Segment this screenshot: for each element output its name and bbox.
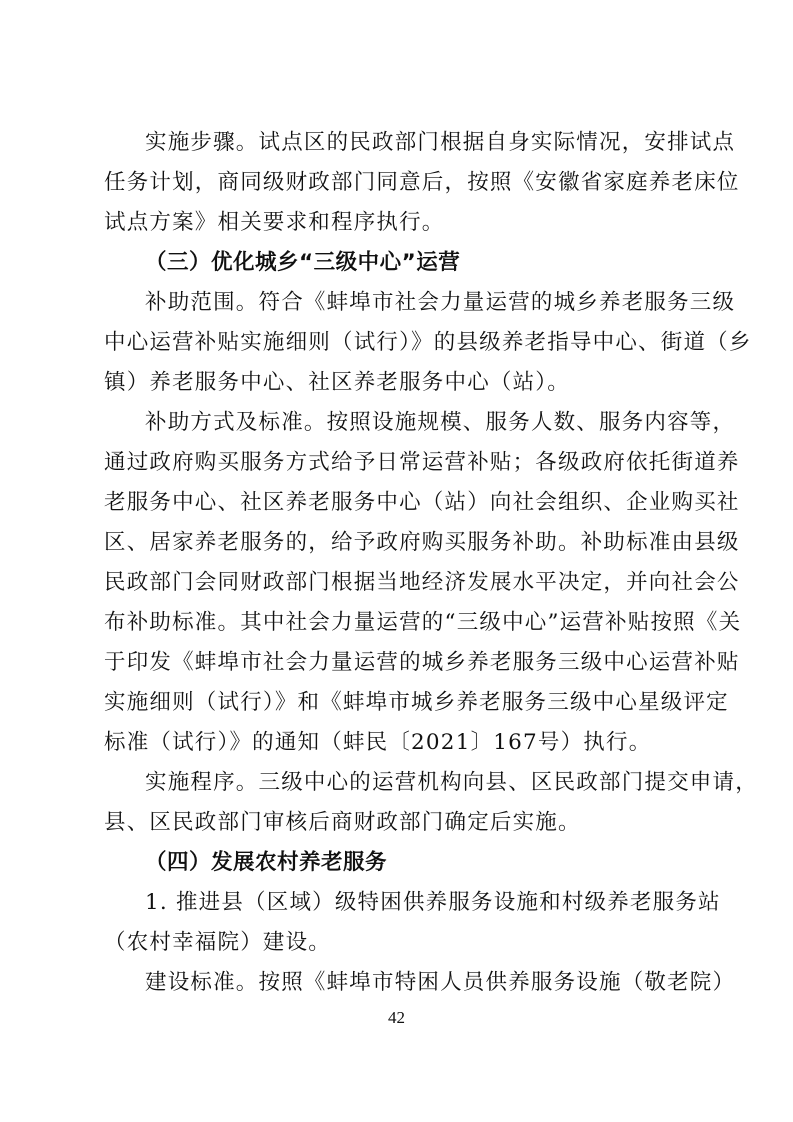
document-page: 实施步骤。试点区的民政部门根据自身实际情况，安排试点 任务计划，商同级财政部门同… (0, 0, 793, 1122)
paragraph-line: 标准（试行）》的通知（蚌民〔2021〕167号）执行。 (104, 728, 700, 758)
paragraph-line: 于印发《蚌埠市社会力量运营的城乡养老服务三级中心运营补贴 (104, 648, 700, 678)
paragraph-line: 中心运营补贴实施细则（试行）》的县级养老指导中心、街道（乡 (104, 328, 700, 358)
paragraph-line: 布补助标准。其中社会力量运营的“三级中心”运营补贴按照《关 (104, 608, 700, 638)
paragraph-line: 区、居家养老服务的，给予政府购买服务补助。补助标准由县级 (104, 528, 700, 558)
paragraph-line: 补助方式及标准。按照设施规模、服务人数、服务内容等， (145, 408, 700, 438)
paragraph-line: 建设标准。按照《蚌埠市特困人员供养服务设施（敬老院） (145, 968, 700, 998)
paragraph-line: 实施步骤。试点区的民政部门根据自身实际情况，安排试点 (145, 128, 700, 158)
paragraph-line: 镇）养老服务中心、社区养老服务中心（站）。 (104, 368, 700, 398)
paragraph-line: 实施细则（试行）》和《蚌埠市城乡养老服务三级中心星级评定 (104, 688, 700, 718)
paragraph-line: 通过政府购买服务方式给予日常运营补贴；各级政府依托街道养 (104, 448, 700, 478)
paragraph-line: （农村幸福院）建设。 (104, 928, 700, 958)
paragraph-line: 1. 推进县（区域）级特困供养服务设施和村级养老服务站 (145, 888, 700, 918)
paragraph-line: 老服务中心、社区养老服务中心（站）向社会组织、企业购买社 (104, 488, 700, 518)
paragraph-line: 试点方案》相关要求和程序执行。 (104, 208, 700, 238)
page-number: 42 (0, 1008, 793, 1028)
section-heading: （三）优化城乡“三级中心”运营 (145, 248, 700, 278)
paragraph-line: 实施程序。三级中心的运营机构向县、区民政部门提交申请， (145, 768, 700, 798)
section-heading: （四）发展农村养老服务 (145, 848, 700, 878)
paragraph-line: 民政部门会同财政部门根据当地经济发展水平决定，并向社会公 (104, 568, 700, 598)
paragraph-line: 县、区民政部门审核后商财政部门确定后实施。 (104, 808, 700, 838)
paragraph-line: 补助范围。符合《蚌埠市社会力量运营的城乡养老服务三级 (145, 288, 700, 318)
paragraph-line: 任务计划，商同级财政部门同意后，按照《安徽省家庭养老床位 (104, 168, 700, 198)
